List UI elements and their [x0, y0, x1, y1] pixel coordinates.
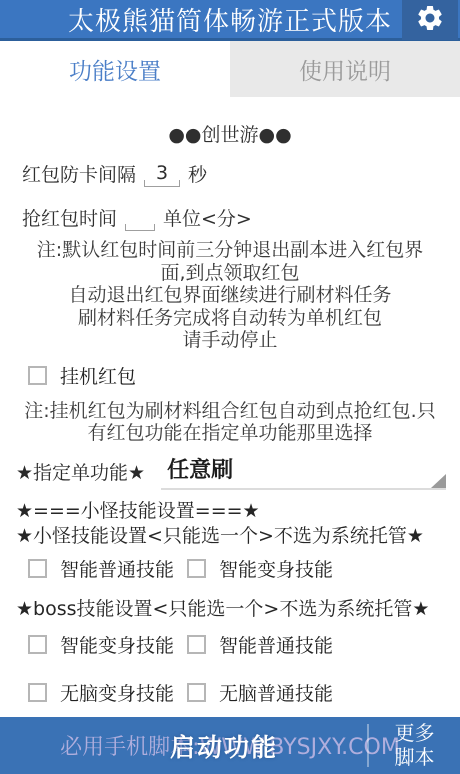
checkbox-boss-mindless-normal[interactable]: 无脑普通技能	[187, 679, 333, 706]
boss-section-header: ★boss技能设置<只能选一个>不选为系统托管★	[0, 598, 460, 620]
checkbox-hangup-redpacket[interactable]: 挂机红包	[28, 362, 136, 389]
note-line: 自动退出红包界面继续进行刷材料任务	[10, 284, 450, 307]
tab-instructions[interactable]: 使用说明	[230, 41, 460, 97]
single-function-row: ★指定单功能★ 任意刷	[0, 458, 460, 490]
grab-time-label: 抢红包时间	[22, 204, 117, 231]
interval-unit: 秒	[188, 160, 207, 187]
checkbox-icon	[187, 635, 206, 654]
monster-section-subheader: ★小怪技能设置<只能选一个>不选为系统托管★	[0, 525, 460, 547]
note-line: 刷材料任务完成将自动转为单机红包	[10, 307, 450, 330]
more-scripts-line2: 脚本	[395, 746, 435, 770]
note-redpacket: 注:默认红包时间前三分钟退出副本进入红包界 面,到点领取红包 自动退出红包界面继…	[0, 239, 460, 352]
dropdown-caret-icon	[431, 474, 446, 488]
start-button-label: 启动功能	[170, 728, 278, 764]
checkbox-label: 无脑变身技能	[60, 679, 174, 706]
checkbox-label: 智能普通技能	[60, 555, 174, 582]
grab-time-unit: 单位<分>	[163, 204, 252, 231]
note-line: 请手动停止	[10, 329, 450, 352]
checkbox-icon	[28, 635, 47, 654]
checkbox-boss-smart-transform[interactable]: 智能变身技能	[28, 631, 174, 658]
more-scripts-button[interactable]: 更多 脚本	[369, 717, 460, 774]
monster-section-header: ★===小怪技能设置===★	[0, 500, 460, 522]
app-bar: 太极熊猫简体畅游正式版本	[0, 0, 460, 41]
checkbox-icon	[28, 683, 47, 702]
monster-skill-row: 智能普通技能 智能变身技能	[0, 555, 460, 582]
settings-button[interactable]	[402, 0, 458, 40]
checkbox-label: 挂机红包	[60, 362, 136, 389]
checkbox-icon	[187, 559, 206, 578]
gear-icon	[415, 3, 445, 37]
single-function-label: ★指定单功能★	[16, 458, 145, 490]
checkbox-label: 智能变身技能	[60, 631, 174, 658]
checkbox-monster-smart-transform[interactable]: 智能变身技能	[187, 555, 333, 582]
note-line: 注:挂机红包为刷材料组合红包自动到点抢红包.只	[10, 400, 450, 423]
checkbox-monster-smart-normal[interactable]: 智能普通技能	[28, 555, 174, 582]
server-title: ●●创世游●●	[0, 120, 460, 147]
hangup-row: 挂机红包	[0, 362, 460, 389]
note-line: 有红包功能在指定单功能那里选择	[10, 422, 450, 445]
note-line: 面,到点领取红包	[10, 262, 450, 285]
checkbox-icon	[187, 683, 206, 702]
tab-bar: 功能设置 使用说明	[0, 41, 460, 97]
checkbox-icon	[28, 559, 47, 578]
grab-time-row: 抢红包时间 单位<分>	[0, 204, 460, 231]
checkbox-label: 智能普通技能	[219, 631, 333, 658]
boss-skill-row-1: 智能变身技能 智能普通技能	[0, 631, 460, 658]
tab-function-settings[interactable]: 功能设置	[0, 41, 230, 97]
bottom-bar: 必用手机脚本:WWW.BYSJXY.COM 启动功能 更多 脚本	[0, 717, 460, 774]
interval-label: 红包防卡间隔	[22, 160, 136, 187]
interval-row: 红包防卡间隔 秒	[0, 160, 460, 187]
dropdown-value: 任意刷	[161, 453, 233, 488]
checkbox-boss-mindless-transform[interactable]: 无脑变身技能	[28, 679, 174, 706]
note-hangup: 注:挂机红包为刷材料组合红包自动到点抢红包.只 有红包功能在指定单功能那里选择	[0, 400, 460, 445]
checkbox-icon	[28, 366, 47, 385]
single-function-dropdown[interactable]: 任意刷	[161, 459, 446, 490]
interval-input[interactable]	[144, 160, 180, 187]
more-scripts-line1: 更多	[395, 722, 435, 746]
grab-time-input[interactable]	[125, 204, 155, 231]
app-screen: 太极熊猫简体畅游正式版本 功能设置 使用说明 ●●创世游●● 红包防卡间隔 秒 …	[0, 0, 460, 774]
checkbox-boss-smart-normal[interactable]: 智能普通技能	[187, 631, 333, 658]
boss-skill-row-2: 无脑变身技能 无脑普通技能	[0, 679, 460, 706]
note-line: 注:默认红包时间前三分钟退出副本进入红包界	[10, 239, 450, 262]
start-function-button[interactable]: 启动功能	[0, 717, 368, 774]
app-title: 太极熊猫简体畅游正式版本	[68, 1, 392, 38]
checkbox-label: 智能变身技能	[219, 555, 333, 582]
checkbox-label: 无脑普通技能	[219, 679, 333, 706]
